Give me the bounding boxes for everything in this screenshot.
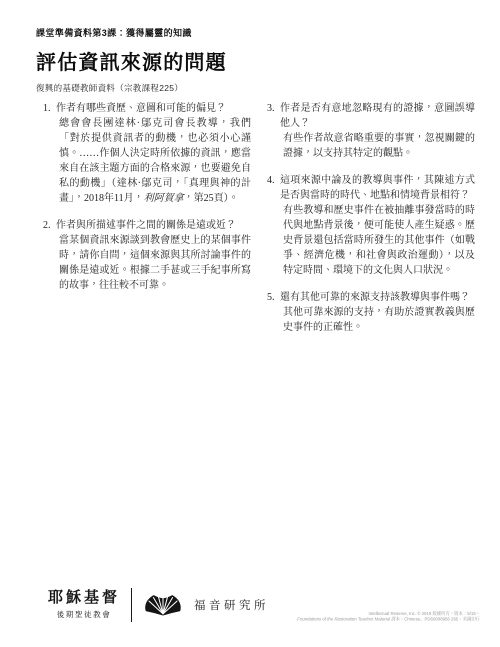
question-body: 總會會長團達林·鄔克司會長教導，我們「對於提供資訊者的動機，也必須小心謹慎。……… — [59, 116, 251, 206]
question-body: 當某個資訊來源談到教會歷史上的某個事件時，請你自問，這個來源與其所討論事件的關係… — [59, 233, 251, 293]
open-book-icon — [143, 593, 183, 618]
question-item-1: 1. 作者有哪些資歷、意圖和可能的偏見？ 總會會長團達林·鄔克司會長教導，我們「… — [43, 101, 251, 206]
question-text: 這項來源中論及的教導與事件，其陳述方式是否與當時的時代、地點和情境背景相符？ — [280, 173, 475, 203]
question-column-right: 3. 作者是否有意地忽略現有的證據，意圖誤導他人？ 有些作者故意省略重要的事實，… — [267, 101, 475, 347]
logo-divider — [131, 588, 132, 622]
question-body-text: 總會會長團達林·鄔克司會長教導，我們「對於提供資訊者的動機，也必須小心謹慎。……… — [59, 118, 251, 204]
question-columns: 1. 作者有哪些資歷、意圖和可能的偏見？ 總會會長團達林·鄔克司會長教導，我們「… — [43, 101, 475, 347]
church-logotype: 耶穌基督 後期聖徒教會 — [48, 590, 120, 620]
question-number: 4. — [267, 173, 275, 188]
copyright-fineprint: Intellectual Reserve, Inc. © 2019 版權所有。版… — [220, 612, 480, 623]
church-name-primary: 耶穌基督 — [48, 590, 120, 607]
question-item-5: 5. 還有其他可靠的來源支持該教導與事件嗎？ 其他可靠來源的支持，有助於證實教義… — [267, 290, 475, 335]
question-column-left: 1. 作者有哪些資歷、意圖和可能的偏見？ 總會會長團達林·鄔克司會長教導，我們「… — [43, 101, 251, 347]
question-number: 3. — [267, 101, 275, 116]
question-item-2: 2. 作者與所描述事件之間的關係是遠或近？ 當某個資訊來源談到教會歷史上的某個事… — [43, 218, 251, 293]
question-item-4: 4. 這項來源中論及的教導與事件，其陳述方式是否與當時的時代、地點和情境背景相符… — [267, 173, 475, 278]
question-text: 還有其他可靠的來源支持該教導與事件嗎？ — [280, 290, 475, 305]
question-number: 1. — [43, 101, 51, 116]
lesson-eyebrow: 課堂準備資料第3課：獲得屬靈的知識 — [36, 26, 466, 39]
question-body: 有些教導和歷史事件在被抽離事發當時的時代與地點背景後，便可能使人產生疑惑。歷史背… — [283, 203, 475, 278]
question-body: 有些作者故意省略重要的事實，忽視關鍵的證據，以支持其特定的觀點。 — [283, 131, 475, 161]
church-name-secondary: 後期聖徒教會 — [48, 609, 120, 620]
question-number: 5. — [267, 290, 275, 305]
page-title: 評估資訊來源的問題 — [36, 46, 466, 75]
document-header: 課堂準備資料第3課：獲得屬靈的知識 評估資訊來源的問題 復興的基礎教師資料（宗教… — [36, 26, 466, 94]
course-subtitle: 復興的基礎教師資料（宗教課程225） — [36, 82, 466, 94]
question-item-3: 3. 作者是否有意地忽略現有的證據，意圖誤導他人？ 有些作者故意省略重要的事實，… — [267, 101, 475, 161]
question-text: 作者與所描述事件之間的關係是遠或近？ — [56, 218, 251, 233]
question-text: 作者是否有意地忽略現有的證據，意圖誤導他人？ — [280, 101, 475, 131]
citation-page: ，第25頁）。 — [184, 193, 239, 204]
copyright-line2-rest: 譯本。Chinese。PD60008956 265。美國印行 — [390, 617, 480, 621]
question-body: 其他可靠來源的支持，有助於證實教義與歷史事件的正確性。 — [283, 305, 475, 335]
question-number: 2. — [43, 218, 51, 233]
institute-wordmark: 福音研究所 — [194, 597, 269, 613]
document-page: 課堂準備資料第3課：獲得屬靈的知識 評估資訊來源的問題 復興的基礎教師資料（宗教… — [0, 0, 500, 647]
copyright-line2: Foundations of the Restoration Teacher M… — [220, 617, 480, 622]
copyright-english-title: Foundations of the Restoration Teacher M… — [297, 617, 390, 621]
citation-source-italic: 利阿賀拿 — [144, 193, 184, 204]
question-text: 作者有哪些資歷、意圖和可能的偏見？ — [56, 101, 251, 116]
